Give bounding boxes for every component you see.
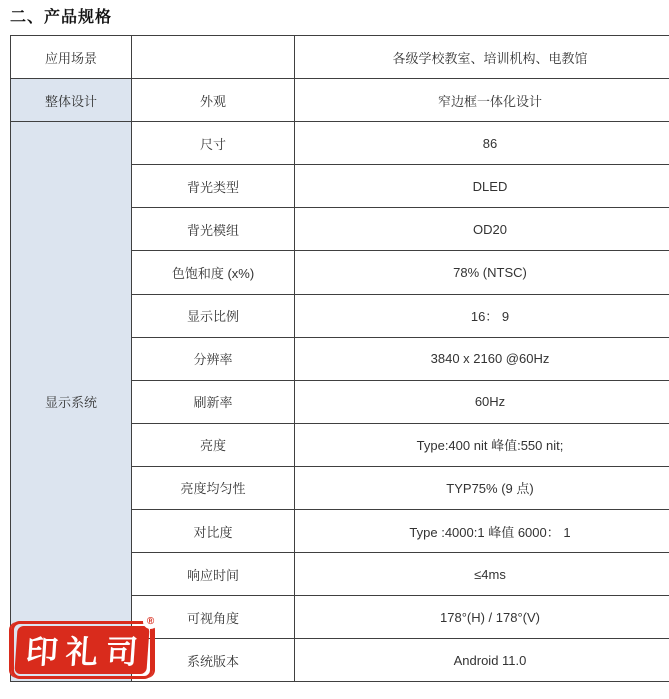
attr-cell: 外观 [132, 79, 295, 122]
registered-trademark-icon: ® [143, 614, 158, 629]
table-row-overall-design: 整体设计 外观 窄边框一体化设计 [11, 79, 669, 122]
value-cell: TYP75% (9 点) [295, 466, 669, 509]
table-row-size: 显示系统 尺寸 86 [11, 122, 669, 165]
value-cell: ≤4ms [295, 553, 669, 596]
value-cell: 86 [295, 122, 669, 165]
value-cell: 178°(H) / 178°(V) [295, 596, 669, 639]
category-cell: 整体设计 [11, 79, 132, 122]
value-cell: 78% (NTSC) [295, 251, 669, 294]
attr-cell: 对比度 [132, 510, 295, 553]
value-cell: 各级学校教室、培训机构、电教馆 [295, 36, 669, 79]
value-cell: 60Hz [295, 380, 669, 423]
attr-cell: 显示比例 [132, 294, 295, 337]
value-cell: DLED [295, 165, 669, 208]
attr-cell: 背光类型 [132, 165, 295, 208]
attr-cell: 色饱和度 (x%) [132, 251, 295, 294]
category-cell-display-system: 显示系统 [11, 122, 132, 682]
attr-cell: 系统版本 [132, 639, 295, 682]
page-title: 二、产品规格 [10, 4, 112, 27]
stamp-text: 印礼司 [14, 626, 149, 674]
yinlisi-stamp: 印礼司 ® [11, 621, 153, 679]
attr-cell: 亮度 [132, 423, 295, 466]
attr-cell: 尺寸 [132, 122, 295, 165]
value-cell: 16： 9 [295, 294, 669, 337]
attr-cell: 背光模组 [132, 208, 295, 251]
table-row-application: 应用场景 各级学校教室、培训机构、电教馆 [11, 36, 669, 79]
attr-cell-empty [132, 36, 295, 79]
category-cell: 应用场景 [11, 36, 132, 79]
attr-cell: 亮度均匀性 [132, 466, 295, 509]
value-cell: 窄边框一体化设计 [295, 79, 669, 122]
value-cell: Type:400 nit 峰值:550 nit; [295, 423, 669, 466]
value-cell: Android 11.0 [295, 639, 669, 682]
value-cell: OD20 [295, 208, 669, 251]
spec-table: 应用场景 各级学校教室、培训机构、电教馆 整体设计 外观 窄边框一体化设计 显示… [10, 35, 669, 682]
attr-cell: 刷新率 [132, 380, 295, 423]
attr-cell: 响应时间 [132, 553, 295, 596]
attr-cell: 分辨率 [132, 337, 295, 380]
value-cell: 3840 x 2160 @60Hz [295, 337, 669, 380]
value-cell: Type :4000:1 峰值 6000： 1 [295, 510, 669, 553]
